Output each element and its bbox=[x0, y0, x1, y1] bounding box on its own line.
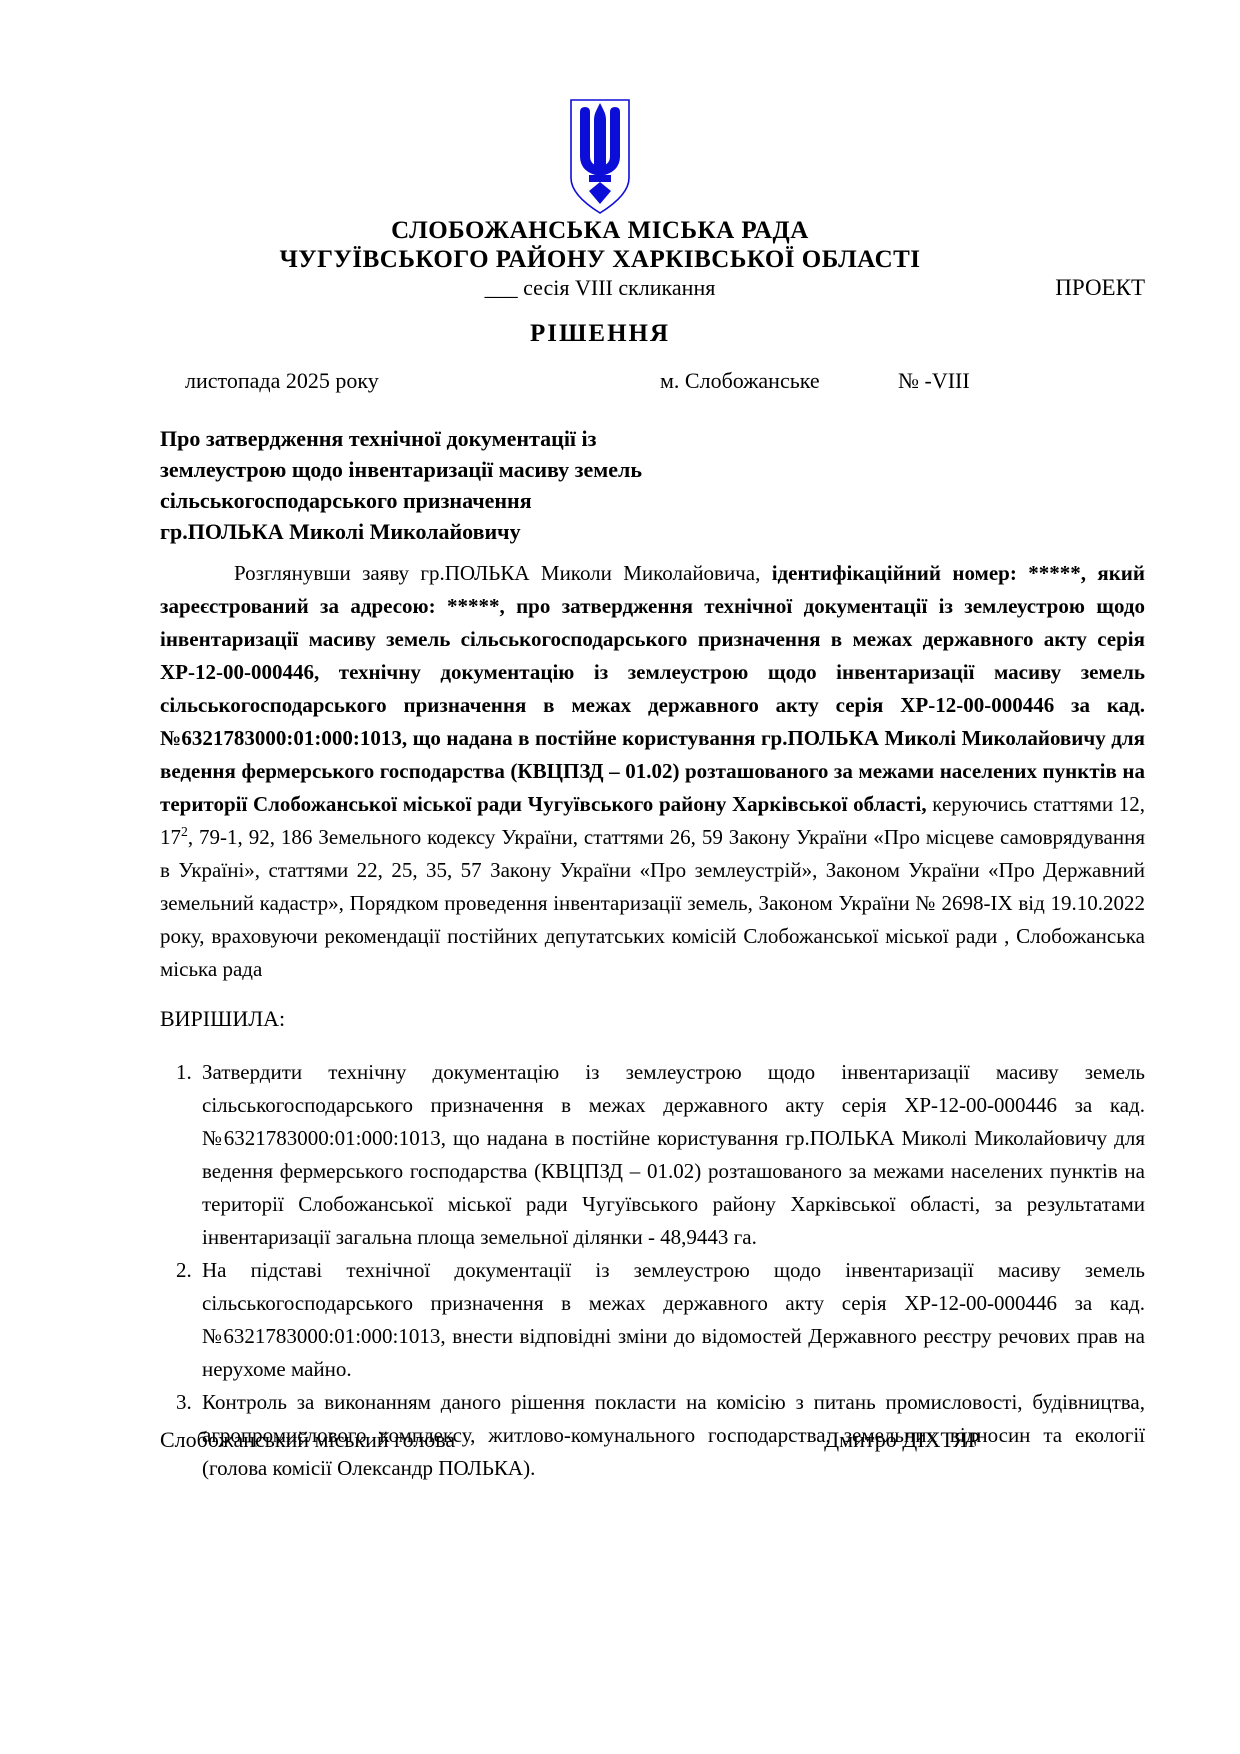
list-item: 1. Затвердити технічну документацію із з… bbox=[176, 1056, 1145, 1254]
article-superscript: 2 bbox=[181, 824, 188, 839]
intro-regular-text: Розглянувши заяву гр.ПОЛЬКА Миколи Микол… bbox=[234, 561, 772, 585]
document-type-title: РІШЕННЯ bbox=[160, 319, 1040, 348]
subject-block: Про затвердження технічної документації … bbox=[160, 423, 1145, 547]
intro-bold-text: ідентифікаційний номер: *****, який заре… bbox=[160, 561, 1145, 816]
project-label: ПРОЕКТ bbox=[1055, 274, 1145, 301]
number-field: № -VIII bbox=[898, 368, 970, 394]
subject-line: гр.ПОЛЬКА Миколі Миколайовичу bbox=[160, 516, 1145, 547]
signature-row: Слобожанський міський голова Дмитро ДІХТ… bbox=[160, 1426, 1145, 1454]
signature-position-title: Слобожанський міський голова bbox=[160, 1426, 455, 1454]
resolved-label: ВИРІШИЛА: bbox=[160, 1006, 1145, 1032]
org-name-line2: ЧУГУЇВСЬКОГО РАЙОНУ ХАРКІВСЬКОЇ ОБЛАСТІ bbox=[160, 245, 1040, 274]
ukraine-trident-emblem bbox=[567, 98, 633, 216]
item-text: Затвердити технічну документацію із земл… bbox=[202, 1056, 1145, 1254]
decision-items-list: 1. Затвердити технічну документацію із з… bbox=[160, 1056, 1145, 1485]
list-item: 2. На підставі технічної документації із… bbox=[176, 1254, 1145, 1386]
header-center-block: СЛОБОЖАНСЬКА МІСЬКА РАДА ЧУГУЇВСЬКОГО РА… bbox=[160, 98, 1040, 301]
date-field: листопада 2025 року bbox=[185, 368, 379, 394]
signature-person-name: Дмитро ДІХТЯР bbox=[824, 1426, 1145, 1454]
subject-line: землеустрою щодо інвентаризації масиву з… bbox=[160, 454, 1145, 485]
item-number: 2. bbox=[176, 1254, 202, 1386]
document-page: СЛОБОЖАНСЬКА МІСЬКА РАДА ЧУГУЇВСЬКОГО РА… bbox=[0, 0, 1240, 1754]
item-number: 1. bbox=[176, 1056, 202, 1254]
legal-refs-tail-text: , 79-1, 92, 186 Земельного кодексу Украї… bbox=[160, 825, 1145, 981]
date-place-number-row: листопада 2025 року м. Слобожанське № -V… bbox=[160, 368, 1145, 401]
intro-paragraph: Розглянувши заяву гр.ПОЛЬКА Миколи Микол… bbox=[160, 557, 1145, 986]
subject-line: сільськогосподарського призначення bbox=[160, 485, 1145, 516]
session-line: ___ сесія VIII скликання bbox=[160, 274, 1040, 301]
subject-line: Про затвердження технічної документації … bbox=[160, 423, 1145, 454]
document-header: СЛОБОЖАНСЬКА МІСЬКА РАДА ЧУГУЇВСЬКОГО РА… bbox=[160, 98, 1145, 301]
place-field: м. Слобожанське bbox=[660, 368, 820, 394]
item-text: На підставі технічної документації із зе… bbox=[202, 1254, 1145, 1386]
org-name-line1: СЛОБОЖАНСЬКА МІСЬКА РАДА bbox=[160, 216, 1040, 245]
